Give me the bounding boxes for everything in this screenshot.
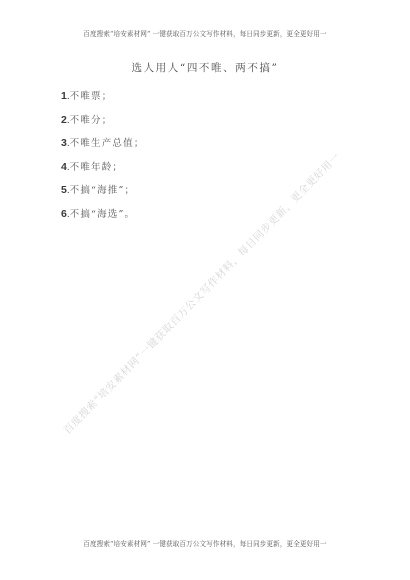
item-text: 不唯票； [70, 91, 113, 102]
principles-list: 1.不唯票； 2.不唯分； 3.不唯生产总值； 4.不唯年龄； 5.不搞“海推”… [61, 89, 145, 230]
item-text: 不唯年龄； [70, 162, 124, 173]
list-item: 3.不唯生产总值； [61, 136, 145, 160]
item-text: 不唯分； [70, 115, 113, 126]
document-title: 选人用人“四不唯、两不搞” [0, 60, 410, 75]
list-item: 1.不唯票； [61, 89, 145, 113]
item-text: 不搞“海选”。 [70, 209, 136, 220]
item-text: 不唯生产总值； [70, 138, 145, 149]
list-item: 6.不搞“海选”。 [61, 207, 145, 231]
list-item: 2.不唯分； [61, 113, 145, 137]
page-footer: 百度搜索“培安素材网” 一键获取百万公文写作材料，每日同步更新，更全更好用一 [0, 538, 410, 548]
item-text: 不搞“海推”； [70, 185, 136, 196]
list-item: 4.不唯年龄； [61, 160, 145, 184]
list-item: 5.不搞“海推”； [61, 183, 145, 207]
page-header: 百度搜索“培安素材网” 一键获取百万公文写作材料，每日同步更新，更全更好用一 [0, 28, 410, 38]
